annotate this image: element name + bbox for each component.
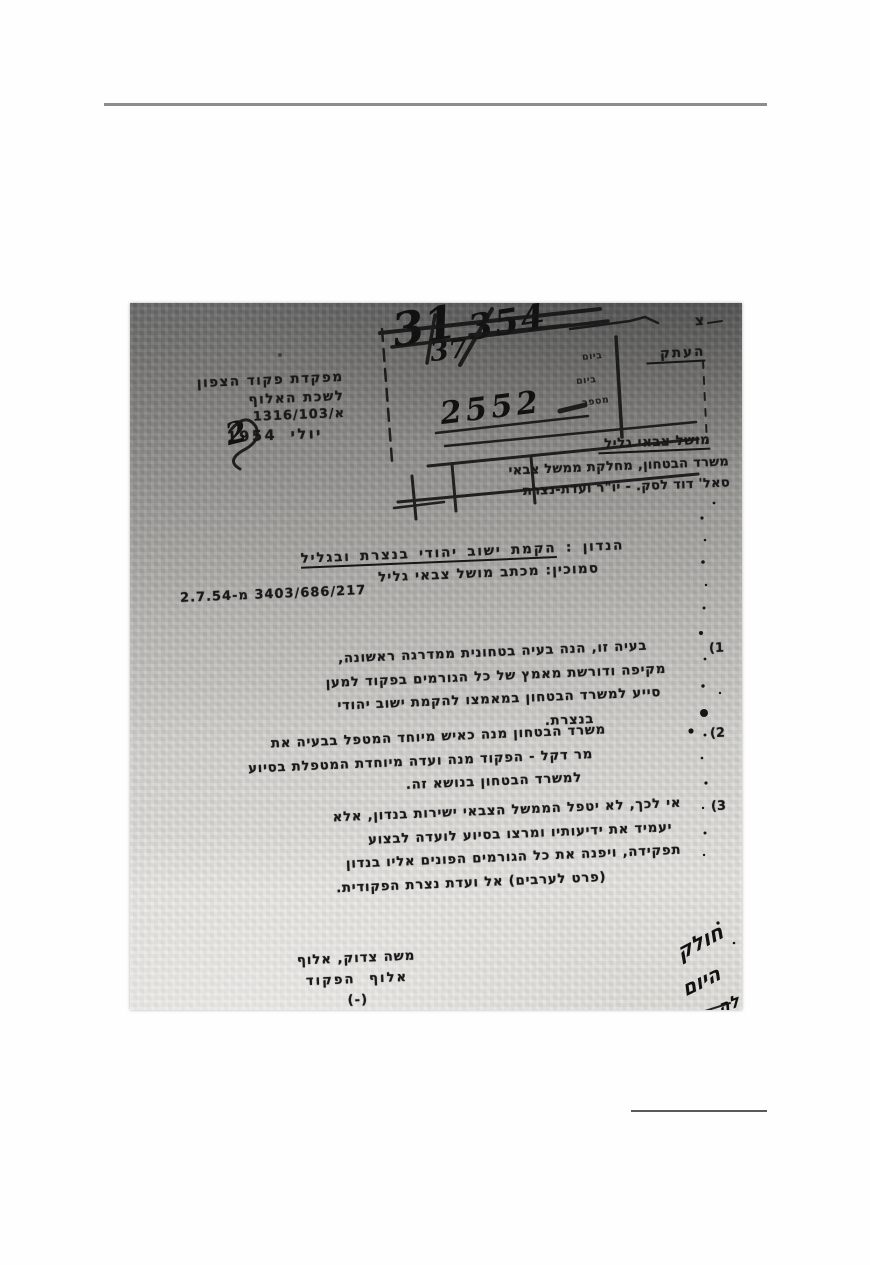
paragraph-number-1: (1	[709, 641, 725, 657]
handwritten-number: 37	[428, 335, 469, 366]
bottom-divider	[631, 1110, 767, 1112]
handwritten-serial-number: 2552	[438, 387, 543, 430]
recipient-governor-line: מושל צבאי גליל	[597, 432, 710, 453]
signature-block: משה צדוק, אלוף אלוף הפקוד (-)	[281, 945, 434, 1010]
top-divider	[104, 103, 767, 106]
recipient-block: משרד הבטחון, מחלקת ממשל צבאי סאל' דוד לס…	[509, 451, 731, 502]
margin-note-word: חולק	[674, 920, 725, 963]
paragraph-3: אי לכך, לא יטפל הממשל הצבאי ישירות בנדון…	[332, 792, 685, 901]
paragraph-number-3: (3	[711, 799, 727, 815]
paragraph-2: משרד הבטחון מנה כאיש מיוחד המטפל בבעיה א…	[247, 719, 609, 804]
corner-letter: צ	[694, 313, 704, 330]
office-header-block: מפקדת פקוד הצפון לשכת האלוף 1316/א/103 י…	[197, 368, 347, 448]
margin-note-word: היום	[680, 963, 723, 1000]
margin-note-word: לה	[717, 993, 742, 1010]
stamp-label-number: מספר	[581, 394, 610, 409]
stamp-label-day2: ביום	[575, 374, 597, 387]
page: מפקדת פקוד הצפון לשכת האלוף 1316/א/103 י…	[0, 0, 870, 1265]
copy-label: העתק	[645, 343, 705, 364]
handwritten-number: 354	[466, 303, 550, 346]
reference-number-line: 3403/686/217 מ-2.7.54	[180, 583, 367, 606]
scanned-document-photo: מפקדת פקוד הצפון לשכת האלוף 1316/א/103 י…	[130, 303, 742, 1010]
subject-label: הנדון :	[566, 537, 625, 555]
stamp-label-day1: ביום	[581, 350, 603, 363]
paragraph-number-2: (2	[710, 726, 726, 742]
